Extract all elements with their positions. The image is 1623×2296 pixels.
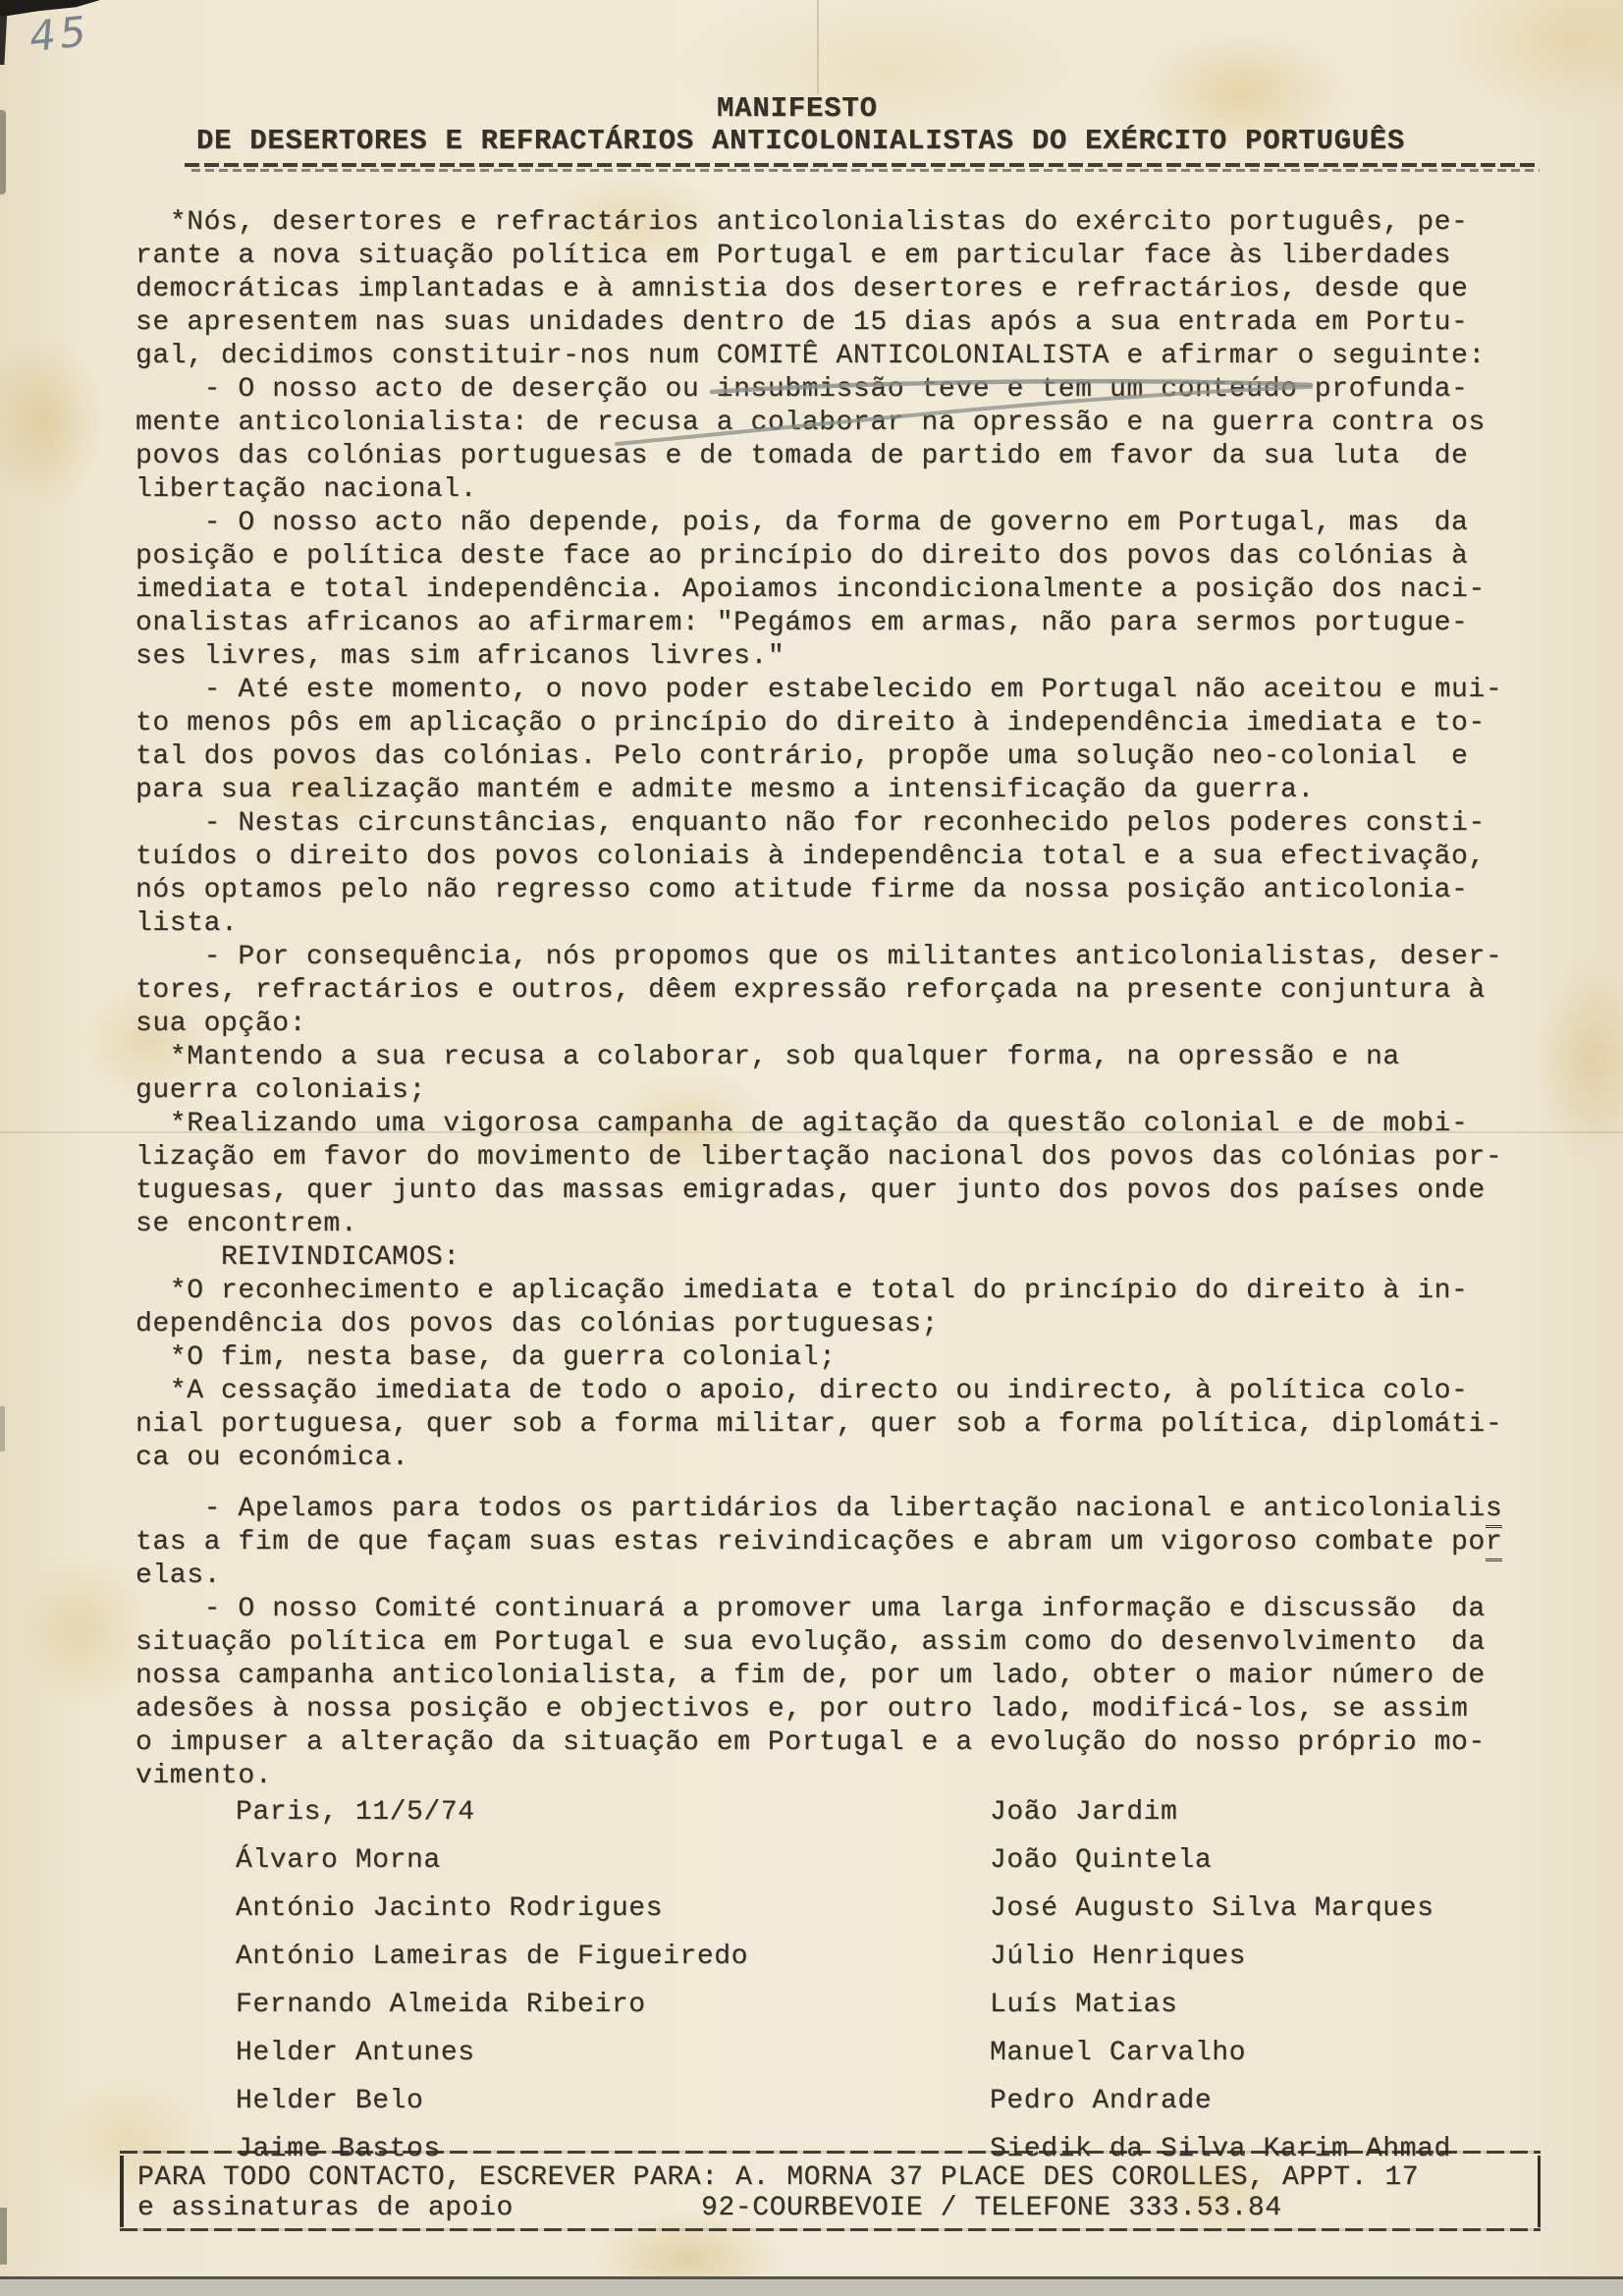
scan-edge-mark: [0, 2208, 7, 2265]
signature-row: Álvaro MornaJoão Quintela: [0, 1845, 1623, 1893]
body-line: tores, refractários e outros, dêem expre…: [135, 974, 1502, 1008]
signature-name: António Jacinto Rodrigues: [236, 1893, 663, 1924]
body-line: tuguesas, quer junto das massas emigrada…: [135, 1175, 1502, 1208]
signature-name: João Jardim: [990, 1797, 1177, 1828]
body-line: situação política em Portugal e sua evol…: [135, 1626, 1502, 1660]
paragraph: *Realizando uma vigorosa campanha de agi…: [135, 1108, 1502, 1241]
signature-name: João Quintela: [990, 1845, 1212, 1876]
body-line: dependência dos povos das colónias portu…: [135, 1308, 1502, 1341]
body-line: *Realizando uma vigorosa campanha de agi…: [135, 1108, 1502, 1141]
signature-row: António Jacinto RodriguesJosé Augusto Si…: [0, 1893, 1623, 1941]
scanned-manifesto-page: 45 MANIFESTO DE DESERTORES E REFRACTÁRIO…: [0, 0, 1623, 2296]
paragraph: - Apelamos para todos os partidários da …: [135, 1493, 1502, 1593]
paragraph: - O nosso acto de deserção ou insubmissã…: [135, 373, 1502, 507]
body-line: imediata e total independência. Apoiamos…: [135, 574, 1502, 607]
scan-edge-mark: [0, 110, 6, 194]
paragraph: *A cessação imediata de todo o apoio, di…: [135, 1375, 1502, 1475]
paragraph: *Mantendo a sua recusa a colaborar, sob …: [135, 1041, 1502, 1108]
contact-box: PARA TODO CONTACTO, ESCREVER PARA: A. MO…: [120, 2156, 1541, 2227]
contact-box-bottom-border: [120, 2228, 1541, 2233]
signature-name: Helder Antunes: [236, 2038, 475, 2068]
handwritten-page-number: 45: [27, 7, 92, 61]
body-line: ca ou económica.: [135, 1442, 1502, 1475]
body-line: povos das colónias portuguesas e de toma…: [135, 440, 1502, 473]
signature-name: José Augusto Silva Marques: [990, 1893, 1434, 1924]
body-line: lização em favor do movimento de liberta…: [135, 1141, 1502, 1175]
paragraph: - Por consequência, nós propomos que os …: [135, 941, 1502, 1041]
body-line: o impuser a alteração da situação em Por…: [135, 1726, 1502, 1760]
scan-corner-artifact-side: [0, 0, 8, 65]
contact-address-line: PARA TODO CONTACTO, ESCREVER PARA: A. MO…: [137, 2162, 1419, 2193]
body-line: *O reconhecimento e aplicação imediata e…: [135, 1275, 1502, 1308]
signature-name: Júlio Henriques: [990, 1941, 1246, 1972]
paragraph: *Nós, desertores e refractários anticolo…: [135, 206, 1502, 373]
body-line: *O fim, nesta base, da guerra colonial;: [135, 1341, 1502, 1375]
underlined-continuation-char: s: [1486, 1494, 1502, 1528]
signature-name: Álvaro Morna: [236, 1845, 441, 1876]
contact-box-top-border: [120, 2151, 1541, 2156]
manifesto-body: *Nós, desertores e refractários anticolo…: [135, 206, 1502, 1793]
body-line: posição e política deste face ao princíp…: [135, 540, 1502, 574]
body-line: onalistas africanos ao afirmarem: "Pegám…: [135, 607, 1502, 640]
title-underline-rule: [185, 163, 1540, 174]
signatures-section: Paris, 11/5/74João JardimÁlvaro MornaJoã…: [0, 1797, 1623, 2182]
paragraph: - Até este momento, o novo poder estabel…: [135, 674, 1502, 807]
body-line: gal, decidimos constituir-nos num COMITÊ…: [135, 340, 1502, 373]
scan-bottom-edge: [0, 2276, 1623, 2296]
body-line: - Até este momento, o novo poder estabel…: [135, 674, 1502, 707]
paragraph: - Nestas circunstâncias, enquanto não fo…: [135, 807, 1502, 941]
body-line: sua opção:: [135, 1008, 1502, 1041]
body-line: to menos pôs em aplicação o princípio do…: [135, 707, 1502, 740]
body-line: guerra coloniais;: [135, 1074, 1502, 1108]
body-line: - O nosso acto de deserção ou insubmissã…: [135, 373, 1502, 407]
body-line: nial portuguesa, quer sob a forma milita…: [135, 1408, 1502, 1442]
signature-row: Helder AntunesManuel Carvalho: [0, 2038, 1623, 2086]
signature-name: Pedro Andrade: [990, 2086, 1212, 2116]
document-title-line1: MANIFESTO: [717, 92, 878, 125]
body-line: elas.: [135, 1559, 1502, 1593]
scan-edge-mark: [0, 1406, 5, 1451]
document-title-line2: DE DESERTORES E REFRACTÁRIOS ANTICOLONIA…: [196, 125, 1405, 157]
paper-crease-vertical: [817, 0, 819, 94]
body-line: - Apelamos para todos os partidários da …: [135, 1493, 1502, 1526]
body-line: nós optamos pelo não regresso como atitu…: [135, 874, 1502, 907]
signature-name: Manuel Carvalho: [990, 2038, 1246, 2068]
signature-name: Fernando Almeida Ribeiro: [236, 1990, 646, 2020]
body-line: democráticas implantadas e à amnistia do…: [135, 273, 1502, 306]
body-line: para sua realização mantém e admite mesm…: [135, 774, 1502, 807]
underlined-continuation-char: r: [1486, 1527, 1502, 1561]
contact-phone-line: 92-COURBEVOIE / TELEFONE 333.53.84: [701, 2193, 1282, 2223]
signature-name: Helder Belo: [236, 2086, 423, 2116]
body-line: mente anticolonialista: de recusa a cola…: [135, 407, 1502, 440]
paragraph: *O reconhecimento e aplicação imediata e…: [135, 1275, 1502, 1341]
body-line: ses livres, mas sim africanos livres.": [135, 640, 1502, 674]
body-line: adesões à nossa posição e objectivos e, …: [135, 1693, 1502, 1726]
contact-support-note: e assinaturas de apoio: [137, 2193, 514, 2223]
signature-name: António Lameiras de Figueiredo: [236, 1941, 748, 1972]
body-line: se apresentem nas suas unidades dentro d…: [135, 306, 1502, 340]
body-line: - Por consequência, nós propomos que os …: [135, 941, 1502, 974]
body-line: nossa campanha anticolonialista, a fim d…: [135, 1660, 1502, 1693]
body-line: - O nosso acto não depende, pois, da for…: [135, 507, 1502, 540]
body-line: - Nestas circunstâncias, enquanto não fo…: [135, 807, 1502, 841]
paragraph: - O nosso Comité continuará a promover u…: [135, 1593, 1502, 1793]
body-line: tal dos povos das colónias. Pelo contrár…: [135, 740, 1502, 774]
paragraph: REIVINDICAMOS:: [135, 1241, 1502, 1275]
signature-place-date: Paris, 11/5/74: [236, 1797, 475, 1828]
body-line: rante a nova situação política em Portug…: [135, 240, 1502, 273]
body-line: tuídos o direito dos povos coloniais à i…: [135, 841, 1502, 874]
body-line: libertação nacional.: [135, 473, 1502, 507]
body-line: REIVINDICAMOS:: [135, 1241, 1502, 1275]
body-line: - O nosso Comité continuará a promover u…: [135, 1593, 1502, 1626]
body-line: *Mantendo a sua recusa a colaborar, sob …: [135, 1041, 1502, 1074]
signature-row: Fernando Almeida RibeiroLuís Matias: [0, 1990, 1623, 2038]
signature-name: Luís Matias: [990, 1990, 1177, 2020]
body-line: *Nós, desertores e refractários anticolo…: [135, 206, 1502, 240]
paragraph: *O fim, nesta base, da guerra colonial;: [135, 1341, 1502, 1375]
body-line: *A cessação imediata de todo o apoio, di…: [135, 1375, 1502, 1408]
signature-row: Paris, 11/5/74João Jardim: [0, 1797, 1623, 1845]
body-line: lista.: [135, 907, 1502, 941]
body-line: vimento.: [135, 1760, 1502, 1793]
signature-row: António Lameiras de FigueiredoJúlio Henr…: [0, 1941, 1623, 1990]
body-line: tas a fim de que façam suas estas reivin…: [135, 1526, 1502, 1559]
body-line: se encontrem.: [135, 1208, 1502, 1241]
signature-row: Helder BeloPedro Andrade: [0, 2086, 1623, 2134]
paragraph: - O nosso acto não depende, pois, da for…: [135, 507, 1502, 674]
